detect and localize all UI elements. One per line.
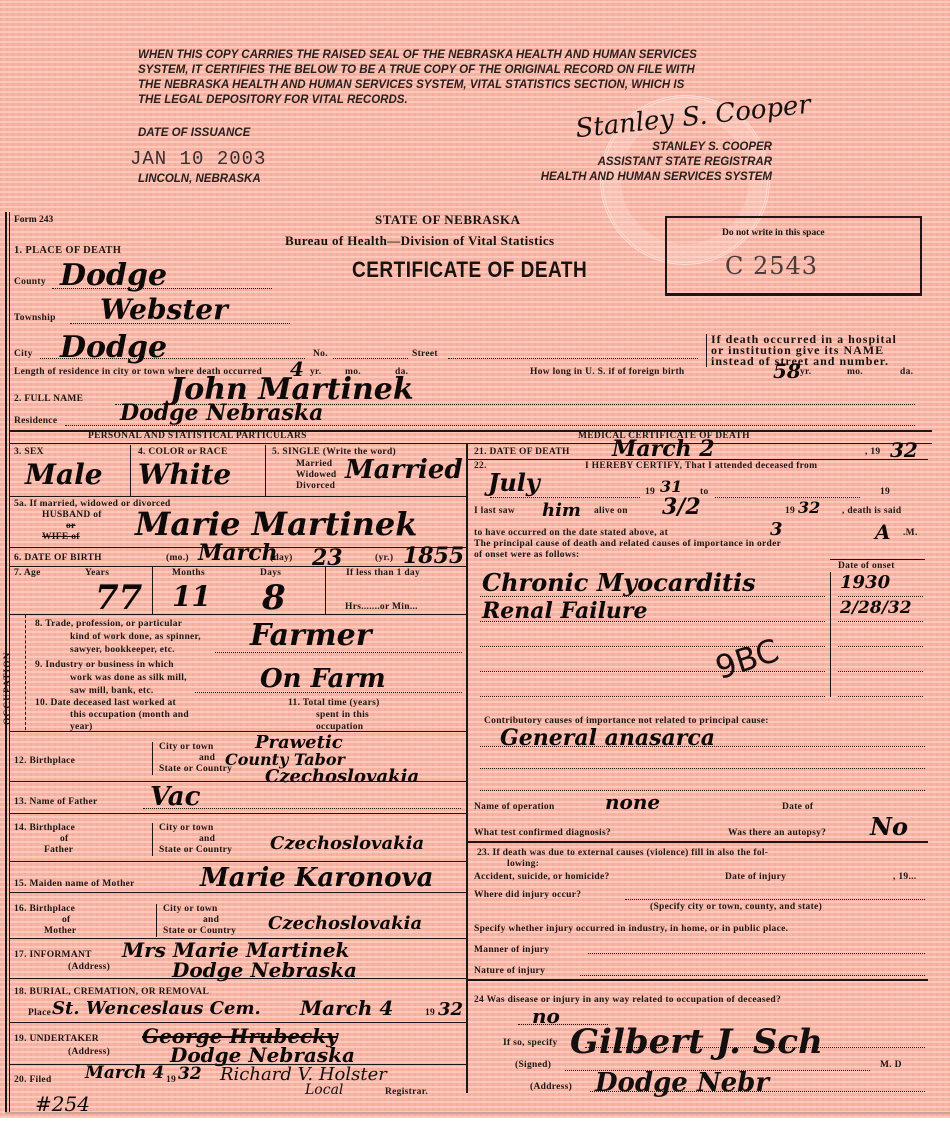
city-label: City (14, 349, 33, 359)
field-divider (265, 445, 266, 497)
place-of-death-label: 1. PLACE OF DEATH (14, 245, 121, 256)
date-of-death-label: 21. DATE OF DEATH (474, 447, 570, 457)
industry-label: 9. Industry or business in which work wa… (35, 659, 187, 698)
physician-address-label: (Address) (530, 1082, 572, 1092)
undertaker-address-label: (Address) (68, 1047, 110, 1057)
onset-dots (838, 596, 923, 597)
hospital-note-line: instead of street and number. (711, 356, 897, 367)
where-injury-label: Where did injury occur? (474, 890, 581, 900)
husband-label: HUSBAND of (42, 510, 102, 520)
registrar-local: Local (305, 1082, 343, 1098)
onset-dots (838, 696, 923, 697)
race-value: White (138, 458, 231, 491)
attended-from: July (488, 468, 540, 497)
certify-text: I HEREBY CERTIFY, That I attended deceas… (585, 461, 817, 471)
cause-1: Chronic Myocarditis (482, 568, 756, 597)
trade-label-line: sawyer, bookkeeper, etc. (35, 644, 201, 657)
local-registrar-signature: Richard V. Holster (220, 1064, 387, 1085)
and-label: and (159, 753, 232, 764)
last-worked-line: 10. Date deceased last worked at (35, 697, 189, 709)
county-value: Dodge (60, 258, 167, 293)
office-use-label: Do not write in this space (722, 228, 825, 238)
md-label: M. D (880, 1060, 902, 1070)
bottom-edge (5, 1112, 950, 1114)
informant-label: 17. INFORMANT (14, 950, 92, 960)
attended-from-dots (490, 497, 640, 498)
hrs-min-label: Hrs.......or Min... (345, 602, 418, 612)
age-years-label: Years (85, 568, 109, 578)
age-days-label: Days (260, 568, 281, 578)
or-label: or (66, 521, 76, 531)
township-label: Township (14, 313, 56, 323)
occupation-related-label: 24 Was disease or injury in any way rela… (474, 995, 781, 1005)
operation-value: none (605, 790, 660, 814)
street-label: Street (412, 349, 438, 359)
external-line: lowing: (477, 859, 768, 870)
operation-date-label: Date of (782, 802, 813, 812)
father-bp-subfields: City or town and State or Country (152, 823, 232, 856)
onset-label: of onset were as follows: (474, 550, 579, 560)
attended-from-year-prefix: 19 (645, 487, 655, 497)
county-label: County (14, 277, 46, 287)
contributory-dots-3 (480, 790, 925, 791)
state-country-label: State or Country (159, 764, 232, 775)
external-line: 23. If death was due to external causes … (477, 848, 768, 859)
personal-section-title: PERSONAL AND STATISTICAL PARTICULARS (88, 431, 307, 441)
injury-date-label: Date of injury (725, 872, 786, 882)
attended-to-dots (715, 497, 860, 498)
industry-label-line: work was done as silk mill, (35, 672, 187, 685)
onset-dots (838, 646, 923, 647)
onset-divider (830, 572, 831, 697)
father-bp-line: Father (14, 845, 75, 856)
onset-1: 1930 (840, 572, 890, 593)
row-rule (10, 614, 466, 615)
age-label: 7. Age (14, 568, 41, 578)
row-rule (10, 731, 466, 732)
onset-dots (838, 671, 923, 672)
trade-value: Farmer (250, 618, 372, 653)
sex-value: Male (25, 458, 103, 491)
row-rule (10, 813, 466, 814)
no-dots (333, 358, 408, 359)
onset-2: 2/28/32 (840, 598, 912, 618)
dob-year-label: (yr.) (375, 553, 393, 563)
sex-label: 3. SEX (14, 447, 44, 457)
age-days: 8 (262, 578, 286, 618)
injury-year: , 19... (893, 872, 916, 882)
attended-to-year-prefix: 19 (880, 487, 890, 497)
state-heading: STATE OF NEBRASKA (375, 212, 521, 228)
occupation-side-label: OCCUPATION (3, 651, 13, 725)
us-da-label: da. (900, 367, 913, 377)
burial-date: March 4 (300, 996, 393, 1020)
signer-title: ASSISTANT STATE REGISTRAR (598, 155, 772, 170)
last-saw-pronoun: him (542, 500, 581, 521)
residence-label: Residence (14, 416, 57, 426)
trade-label: 8. Trade, profession, or particular kind… (35, 618, 201, 657)
row-rule (10, 978, 466, 979)
m-label: .M. (903, 528, 918, 538)
cert-line: THE NEBRASKA HEALTH AND HUMAN SERVICES S… (138, 78, 788, 93)
field-divider (152, 567, 153, 614)
nature-label: Nature of injury (474, 966, 545, 976)
death-certificate: WHEN THIS COPY CARRIES THE RAISED SEAL O… (0, 0, 950, 1118)
physician-signature: Gilbert J. Sch (570, 1022, 823, 1062)
date-of-onset-header: Date of onset (838, 561, 895, 571)
age-years: 77 (95, 578, 142, 618)
field-divider (130, 445, 131, 497)
column-divider (466, 443, 468, 1093)
and-label: and (163, 915, 236, 926)
us-yr-label: yr. (800, 367, 811, 377)
burial-year-prefix: 19 (425, 1008, 435, 1018)
row-rule (468, 979, 928, 981)
date-of-issuance-label: DATE OF ISSUANCE (138, 126, 250, 141)
signer-org: HEALTH AND HUMAN SERVICES SYSTEM (541, 170, 772, 185)
less-than-day-label: If less than 1 day (346, 568, 420, 578)
street-no-label: No. (313, 349, 328, 359)
and-label: and (159, 834, 232, 845)
birthplace-label: 12. Birthplace (14, 756, 75, 766)
wife-label: WIFE of (42, 532, 80, 542)
section-divider-2 (10, 443, 932, 444)
cert-line: SYSTEM, IT CERTIFIES THE BELOW TO BE A T… (138, 63, 788, 78)
certify-number: 22. (474, 461, 487, 471)
trade-label-line: kind of work done, as spinner, (35, 631, 201, 644)
last-saw-year-prefix: 19 (785, 506, 795, 516)
us-mo-label: mo. (847, 367, 863, 377)
father-birthplace-label: 14. Birthplace of Father (14, 823, 75, 856)
am-pm-value: A (875, 520, 891, 544)
us-years: 58 (773, 359, 801, 383)
issuance-location: LINCOLN, NEBRASKA (138, 172, 261, 187)
row-rule (468, 841, 928, 843)
state-country-label: State or Country (159, 845, 232, 856)
dob-month: March (198, 540, 278, 566)
mother-bp-line: Mother (14, 926, 76, 937)
death-year-prefix: , 19 (865, 447, 880, 457)
father-bp-line: of (14, 834, 75, 845)
contributory-value: General anasarca (500, 725, 715, 751)
industry-label-line: 9. Industry or business in which (35, 659, 187, 672)
filed-date: March 4 (85, 1063, 164, 1083)
burial-year: 32 (438, 999, 463, 1020)
hospital-note: If death occurred in a hospital or insti… (706, 334, 897, 367)
bureau-heading: Bureau of Health—Division of Vital Stati… (285, 233, 554, 249)
row-rule (10, 892, 466, 893)
father-bp-line: 14. Birthplace (14, 823, 75, 834)
dob-day: 23 (312, 545, 343, 571)
mother-birthplace-label: 16. Birthplace of Mother (14, 904, 76, 937)
contributory-dots-2 (480, 768, 925, 769)
coding-mark: 9BC (711, 631, 784, 687)
father-birthplace-value: Czechoslovakia (270, 833, 424, 854)
marital-option: Widowed (296, 470, 336, 481)
row-rule (10, 781, 466, 782)
trade-label-line: 8. Trade, profession, or particular (35, 618, 201, 631)
filed-year-prefix: 19 (166, 1075, 176, 1085)
marital-value: Married (345, 455, 463, 485)
burial-label: 18. BURIAL, CREMATION, OR REMOVAL (14, 987, 209, 997)
informant-address-label: (Address) (68, 962, 110, 972)
total-time-line: 11. Total time (years) (288, 697, 380, 709)
city-town-label: City or town (159, 823, 232, 834)
occupation-divider (25, 615, 26, 730)
signed-label: (Signed) (515, 1060, 551, 1070)
state-country-label: State or Country (163, 926, 236, 937)
mother-label: 15. Maiden name of Mother (14, 879, 135, 889)
onset-header-rule (830, 559, 925, 560)
filed-year: 32 (178, 1064, 202, 1084)
marital-option: Married (296, 459, 336, 470)
autopsy-label: Was there an autopsy? (728, 828, 826, 838)
filed-label: 20. Filed (14, 1075, 52, 1085)
principal-cause-label: The principal cause of death and related… (474, 539, 781, 549)
total-time-label: 11. Total time (years) spent in this occ… (288, 697, 380, 733)
dob-month-label: (mo.) (166, 553, 189, 563)
accident-label: Accident, suicide, or homicide? (474, 872, 610, 882)
total-time-line: spent in this (288, 709, 380, 721)
manner-dots (588, 953, 925, 954)
test-label: What test confirmed diagnosis? (474, 828, 611, 838)
row-rule (10, 566, 466, 567)
nature-dots (580, 975, 925, 976)
office-use-box: Do not write in this space C 2543 (665, 216, 922, 296)
signer-name: STANLEY S. COOPER (652, 140, 772, 155)
burial-place: St. Wenceslaus Cem. (52, 998, 261, 1019)
marital-options: Married Widowed Divorced (296, 459, 336, 492)
date-of-issuance-stamp: JAN 10 2003 (130, 148, 266, 170)
full-name-label: 2. FULL NAME (14, 394, 83, 404)
last-saw-label: I last saw (474, 506, 515, 516)
cause-dots (480, 671, 825, 672)
cause-dots (480, 696, 825, 697)
street-dots (448, 358, 698, 359)
last-worked-label: 10. Date deceased last worked at this oc… (35, 697, 189, 733)
mother-bp-subfields: City or town and State or Country (156, 904, 236, 937)
residence-value: Dodge Nebraska (120, 400, 323, 426)
external-causes-label: 23. If death was due to external causes … (477, 848, 768, 870)
specify-place-label: Specify whether injury occurred in indus… (474, 924, 788, 934)
marital-option: Divorced (296, 481, 336, 492)
where-hint: (Specify city or town, county, and state… (650, 902, 822, 912)
spouse-value: Marie Martinek (135, 505, 417, 543)
dob-label: 6. DATE OF BIRTH (14, 553, 102, 563)
operation-label: Name of operation (474, 802, 555, 812)
last-saw-year: 32 (798, 498, 820, 517)
alive-on-label: alive on (594, 506, 628, 516)
father-label: 13. Name of Father (14, 797, 98, 807)
certificate-number: C 2543 (725, 252, 818, 280)
township-value: Webster (100, 293, 228, 326)
row-rule (10, 861, 466, 862)
row-rule (10, 1022, 466, 1023)
city-town-label: City or town (163, 904, 236, 915)
registrar-label: Registrar. (385, 1087, 428, 1097)
birthplace-subfields: City or town and State or Country (152, 742, 232, 775)
row-rule (10, 496, 466, 497)
race-label: 4. COLOR or RACE (138, 447, 228, 457)
mother-bp-line: of (14, 915, 76, 926)
where-dots (625, 899, 925, 900)
burial-place-label: Place (28, 1008, 51, 1018)
industry-value: On Farm (260, 664, 386, 694)
last-worked-line: this occupation (month and (35, 709, 189, 721)
mother-value: Marie Karonova (200, 863, 433, 893)
cause-2: Renal Failure (482, 598, 648, 624)
city-town-label: City or town (159, 742, 232, 753)
certificate-title: CERTIFICATE OF DEATH (352, 258, 587, 283)
field-divider (325, 567, 326, 614)
age-months: 11 (172, 580, 211, 613)
onset-dots (838, 621, 923, 622)
cert-line: WHEN THIS COPY CARRIES THE RAISED SEAL O… (138, 48, 788, 63)
physician-address: Dodge Nebr (595, 1068, 769, 1098)
to-label: to (700, 487, 709, 497)
dob-day-label: (day) (270, 553, 293, 563)
birthplace-country: Czechoslovakia (265, 766, 419, 787)
form-number: Form 243 (14, 215, 53, 225)
mother-birthplace-value: Czechoslovakia (268, 913, 422, 934)
father-value: Vac (150, 782, 200, 812)
age-months-label: Months (172, 568, 205, 578)
mother-bp-line: 16. Birthplace (14, 904, 76, 915)
time-of-death: 3 (770, 519, 783, 540)
us-residence-label: How long in U. S. if of foreign birth (530, 367, 685, 377)
undertaker-label: 19. UNDERTAKER (14, 1034, 99, 1044)
if-so-label: If so, specify (503, 1038, 558, 1048)
row-rule (468, 459, 928, 460)
city-value: Dodge (60, 330, 167, 365)
manner-label: Manner of injury (474, 945, 549, 955)
autopsy-value: No (870, 812, 908, 841)
last-saw-date: 3/2 (662, 494, 701, 520)
occurred-at-label: to have occurred on the date stated abov… (474, 528, 668, 538)
death-said-label: , death is said (842, 506, 901, 516)
